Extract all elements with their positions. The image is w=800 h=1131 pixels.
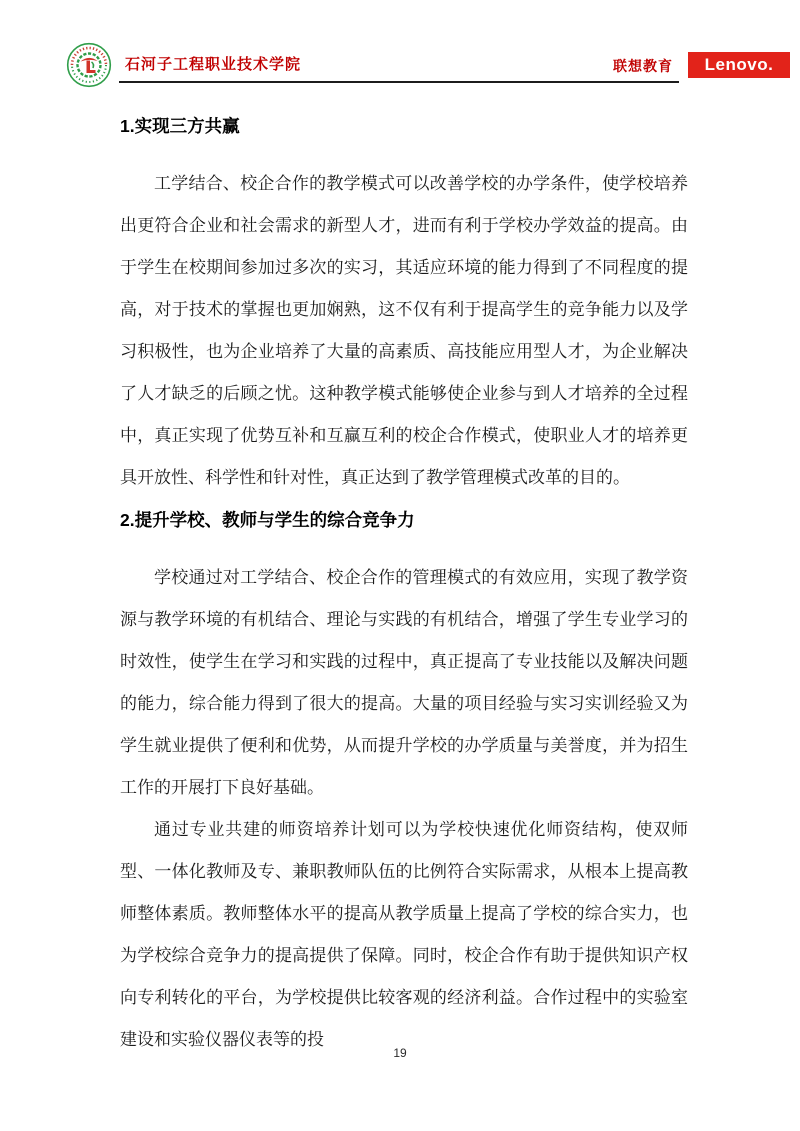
document-page: 石河子工程职业技术学院 联想教育 Lenovo. 1.实现三方共赢 工学结合、校… [0, 0, 800, 1131]
section-2-paragraph-2: 通过专业共建的师资培养计划可以为学校快速优化师资结构，使双师型、一体化教师及专、… [120, 809, 688, 1061]
section-1-paragraph-1: 工学结合、校企合作的教学模式可以改善学校的办学条件，使学校培养出更符合企业和社会… [120, 163, 688, 499]
section-2-paragraph-1: 学校通过对工学结合、校企合作的管理模式的有效应用，实现了教学资源与教学环境的有机… [120, 557, 688, 809]
document-body: 1.实现三方共赢 工学结合、校企合作的教学模式可以改善学校的办学条件，使学校培养… [120, 105, 688, 1061]
page-header: 石河子工程职业技术学院 联想教育 Lenovo. [0, 0, 800, 100]
page-footer: 19 [0, 1046, 800, 1060]
header-divider [119, 81, 679, 83]
section-heading-1: 1.实现三方共赢 [120, 105, 688, 147]
page-number: 19 [393, 1046, 406, 1060]
section-heading-2: 2.提升学校、教师与学生的综合竞争力 [120, 499, 688, 541]
lenovo-logo: Lenovo. [688, 52, 790, 78]
brand-text-lenovo-education: 联想教育 [613, 56, 673, 76]
school-name: 石河子工程职业技术学院 [125, 53, 301, 74]
lenovo-logo-text: Lenovo. [705, 55, 774, 75]
school-emblem-icon [66, 42, 112, 88]
